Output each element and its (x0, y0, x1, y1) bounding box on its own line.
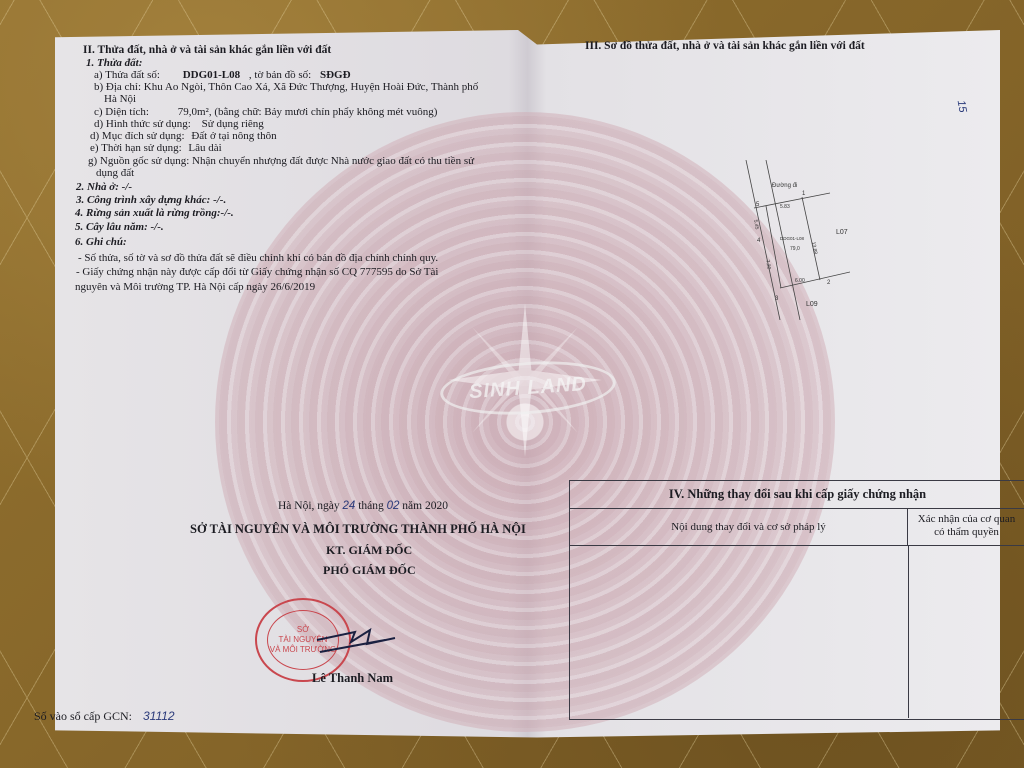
col-change-content: Nội dung thay đổi và cơ sở pháp lý (570, 509, 908, 545)
registry-row: Số vào sổ cấp GCN: 31112 (34, 710, 175, 723)
plan-parcel-area: 79,0 (790, 246, 800, 252)
note-1: - Số thửa, số tờ và sơ đồ thửa đất sẽ đi… (78, 252, 438, 265)
signer-role-2: PHÓ GIÁM ĐỐC (323, 564, 416, 577)
signature-icon (315, 618, 415, 658)
registry-label: Số vào sổ cấp GCN: (34, 709, 132, 723)
dim-3-4: 7.20 (764, 259, 772, 270)
term-value: Lâu dài (188, 142, 221, 154)
origin-line2: dụng đất (96, 167, 134, 180)
point-4: 4 (757, 238, 761, 244)
col-authority-confirmation: Xác nhận của cơ quan có thẩm quyền (908, 509, 1024, 545)
issuing-authority: SỞ TÀI NGUYÊN VÀ MÔI TRƯỜNG THÀNH PHỐ HÀ… (190, 523, 526, 536)
change-content-cell (570, 546, 909, 718)
other-construction-row: 3. Công trình xây dựng khác: -/-. (76, 194, 226, 207)
house-row: 2. Nhà ở: -/- (76, 181, 132, 194)
neighbor-l07: L07 (836, 229, 848, 236)
forest-row: 4. Rừng sản xuất là rừng trồng:-/-. (75, 207, 234, 220)
address-line1: Khu Ao Ngòi, Thôn Cao Xá, Xã Đức Thượng,… (144, 81, 478, 93)
term-row: e) Thời hạn sử dụng: Lâu dài (90, 142, 222, 155)
dim-4-5: 5.45 (752, 219, 760, 230)
registry-number: 31112 (143, 709, 175, 723)
perennial-row: 5. Cây lâu năm: -/-. (75, 221, 164, 234)
col-authority-line1: Xác nhận của cơ quan (908, 513, 1024, 526)
address-line2: Hà Nội (104, 93, 136, 106)
parcel-label: a) Thửa đất số: (94, 69, 160, 81)
issue-date: Hà Nội, ngày 24 tháng 02 năm 2020 (278, 500, 448, 513)
dim-2-3: 6.00 (795, 278, 805, 284)
map-sheet-number: SĐGĐ (320, 69, 351, 81)
point-2: 2 (827, 280, 831, 286)
area-value: 79,0m², (bằng chữ: Bảy mươi chín phẩy kh… (178, 106, 438, 118)
address-row: b) Địa chỉ: Khu Ao Ngòi, Thôn Cao Xá, Xã… (94, 81, 478, 94)
note-2-line1: - Giấy chứng nhận này được cấp đổi từ Gi… (76, 266, 438, 279)
purpose-value: Đất ở tại nông thôn (191, 130, 276, 142)
address-label: b) Địa chỉ: (94, 81, 141, 93)
changes-table-title: IV. Những thay đổi sau khi cấp giấy chứn… (570, 481, 1024, 509)
changes-table-header: Nội dung thay đổi và cơ sở pháp lý Xác n… (570, 509, 1024, 546)
term-label: e) Thời hạn sử dụng: (90, 142, 182, 154)
parcel-plan-diagram: Đường đi 1 2 3 4 5 5.83 13.88 6.00 7.20 … (740, 160, 850, 320)
page-mark: 15 (954, 99, 969, 113)
use-form-label: d) Hình thức sử dụng: (94, 118, 191, 130)
map-sheet-label: , tờ bản đồ số: (249, 69, 311, 81)
date-month-label: tháng (358, 500, 384, 512)
dim-1-2: 13.88 (810, 241, 818, 255)
date-prefix: Hà Nội, ngày (278, 500, 340, 512)
area-label: c) Diện tích: (94, 106, 149, 118)
dim-5-1: 5.83 (780, 204, 790, 210)
signer-role-1: KT. GIÁM ĐỐC (326, 544, 412, 557)
point-1: 1 (802, 191, 806, 197)
plan-parcel-label: DDG01-L08 (780, 236, 805, 241)
purpose-label: d) Mục đích sử dụng: (90, 130, 185, 142)
section-iii-title: III. Sơ đồ thửa đất, nhà ở và tài sản kh… (585, 40, 865, 53)
stamp-line1: SỞ (297, 625, 309, 635)
changes-table-body (570, 546, 1024, 718)
use-form-value: Sử dụng riêng (202, 118, 264, 130)
signer-name: Lê Thanh Nam (312, 672, 393, 685)
date-year: năm 2020 (402, 500, 448, 512)
parcel-number: DDG01-L08 (183, 69, 240, 81)
origin-label: g) Nguồn gốc sử dụng: (88, 155, 189, 167)
date-month: 02 (387, 500, 400, 512)
section-ii-title: II. Thửa đất, nhà ở và tài sản khác gắn … (83, 44, 331, 57)
changes-table: IV. Những thay đổi sau khi cấp giấy chứn… (569, 480, 1024, 720)
neighbor-l09: L09 (806, 301, 818, 308)
road-label: Đường đi (772, 183, 797, 189)
notes-heading: 6. Ghi chú: (75, 236, 127, 249)
col-authority-line2: có thẩm quyền (908, 526, 1024, 539)
note-2-line2: nguyên và Môi trường TP. Hà Nội cấp ngày… (75, 281, 315, 294)
origin-line1: Nhận chuyển nhượng đất được Nhà nước gia… (192, 155, 474, 167)
date-day: 24 (343, 500, 356, 512)
origin-row: g) Nguồn gốc sử dụng: Nhận chuyển nhượng… (88, 155, 474, 168)
point-3: 3 (775, 296, 779, 302)
